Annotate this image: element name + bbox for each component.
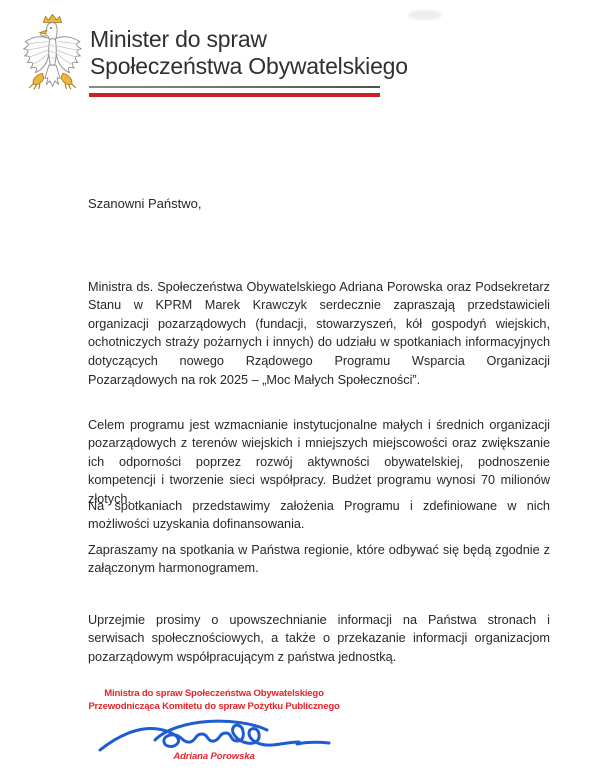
paragraph-invitation: Ministra ds. Społeczeństwa Obywatelskieg… (88, 278, 550, 390)
letter-page: Minister do spraw Społeczeństwa Obywatel… (0, 0, 610, 782)
divider-gray-bar (89, 86, 380, 88)
polish-eagle-emblem-icon (19, 13, 86, 99)
signer-title-line1: Ministra do spraw Społeczeństwa Obywatel… (86, 687, 342, 700)
letterhead-divider (89, 86, 380, 97)
signer-title-line2: Przewodnicząca Komitetu do spraw Pożytku… (86, 700, 342, 713)
paragraph-dissemination-request: Uprzejmie prosimy o upowszechnianie info… (88, 611, 550, 667)
signer-name: Adriana Porowska (86, 751, 342, 762)
salutation: Szanowni Państwo, (88, 196, 550, 211)
ministry-title-line1: Minister do spraw (90, 26, 408, 53)
paragraph-schedule: Zapraszamy na spotkania w Państwa region… (88, 541, 550, 578)
ministry-title-line2: Społeczeństwa Obywatelskiego (90, 53, 408, 80)
paragraph-program-goal: Celem programu jest wzmacnianie instytuc… (88, 416, 550, 509)
signature-block: Ministra do spraw Społeczeństwa Obywatel… (86, 687, 342, 762)
ministry-title: Minister do spraw Społeczeństwa Obywatel… (90, 26, 408, 80)
paragraph-meetings-info: Na spotkaniach przedstawimy założenia Pr… (88, 497, 550, 534)
divider-red-bar (89, 93, 380, 97)
scan-smudge-artifact (408, 10, 442, 20)
